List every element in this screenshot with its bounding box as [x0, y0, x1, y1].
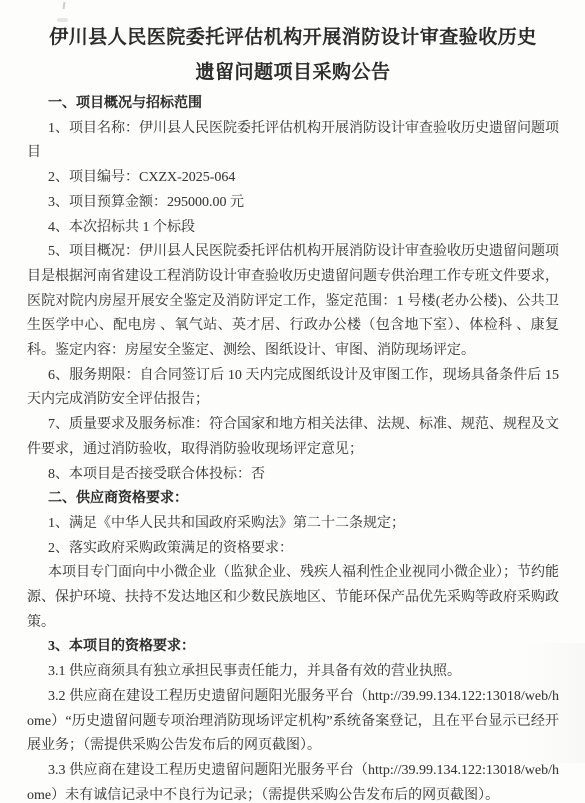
document-body: 一、项目概况与招标范围1、项目名称：伊川县人民医院委托评估机构开展消防设计审查验…	[27, 92, 559, 803]
document-page: 伊川县人民医院委托评估机构开展消防设计审查验收历史 遗留问题项目采购公告 一、项…	[0, 0, 585, 803]
paragraph: 2、落实政府采购政策满足的资格要求：	[27, 537, 559, 562]
paragraph: 3、项目预算金额：295000.00 元	[27, 191, 559, 216]
scan-artifact-smudge	[57, 18, 68, 22]
paragraph: 7、质量要求及服务标准：符合国家和地方相关法律、法规、标准、规范、规程及文件要求…	[27, 413, 559, 462]
paragraph: 1、项目名称：伊川县人民医院委托评估机构开展消防设计审查验收历史遗留问题项目	[27, 117, 559, 166]
paragraph: 3.1 供应商须具有独立承担民事责任能力，并具备有效的营业执照。	[27, 660, 559, 685]
document-title-line-1: 伊川县人民医院委托评估机构开展消防设计审查验收历史	[27, 20, 559, 55]
paragraph: 本项目专门面向中小微企业（监狱企业、残疾人福利性企业视同小微企业）；节约能源、保…	[27, 561, 559, 635]
document-title: 伊川县人民医院委托评估机构开展消防设计审查验收历史 遗留问题项目采购公告	[27, 20, 559, 90]
scan-artifact-speck	[63, 2, 66, 9]
paragraph: 1、满足《中华人民共和国政府采购法》第二十二条规定；	[27, 512, 559, 537]
document-title-line-2: 遗留问题项目采购公告	[27, 55, 559, 90]
paragraph: 4、本次招标共 1 个标段	[27, 216, 559, 241]
paragraph: 3.3 供应商在建设工程历史遗留问题阳光服务平台（http://39.99.13…	[27, 759, 559, 803]
section-heading: 一、项目概况与招标范围	[27, 92, 559, 117]
paragraph: 8、本项目是否接受联合体投标：否	[27, 463, 559, 488]
paragraph: 3.2 供应商在建设工程历史遗留问题阳光服务平台（http://39.99.13…	[27, 685, 559, 759]
paragraph: 2、项目编号：CXZX-2025-064	[27, 166, 559, 191]
section-heading: 二、供应商资格要求：	[27, 487, 559, 512]
paragraph: 6、服务期限：自合同签订后 10 天内完成图纸设计及审图工作，现场具备条件后 1…	[27, 364, 559, 413]
section-heading: 3、本项目的资格要求：	[27, 635, 559, 660]
paragraph: 5、项目概况：伊川县人民医院委托评估机构开展消防设计审查验收历史遗留问题项目是根…	[27, 240, 559, 364]
